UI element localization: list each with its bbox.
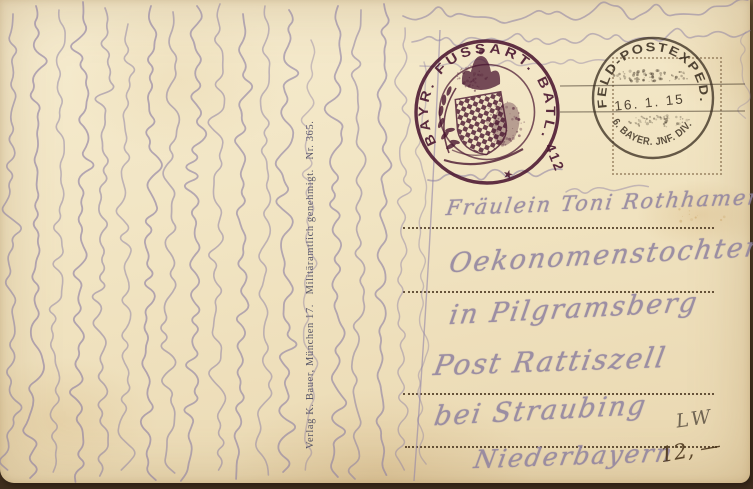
- ink-speckle: [680, 71, 682, 73]
- crown-icon: [462, 56, 500, 90]
- ink-speckle: [516, 117, 517, 118]
- handwriting-stroke: [412, 29, 750, 46]
- ink-speckle: [512, 128, 513, 129]
- ink-speckle: [636, 77, 639, 80]
- ink-speckle: [613, 74, 616, 77]
- ink-speckle: [504, 144, 506, 146]
- ink-speckle: [619, 77, 620, 78]
- handwriting-stroke: [0, 14, 22, 470]
- ink-speckle: [697, 215, 698, 216]
- handwriting-stroke: [375, 4, 391, 475]
- ink-speckle: [518, 112, 519, 113]
- ink-speckle: [644, 77, 645, 78]
- unit-stamp: BAYR. FUSSART. BATL. 412 ★: [416, 41, 568, 183]
- handwriting-stroke: [302, 40, 318, 470]
- ink-speckle: [516, 107, 517, 108]
- ink-speckle: [667, 117, 668, 118]
- ink-speckle: [518, 134, 521, 137]
- ink-speckle: [500, 116, 502, 118]
- ink-speckle: [519, 128, 522, 131]
- ink-speckle: [488, 134, 490, 136]
- ink-speckle: [463, 81, 466, 84]
- svg-text:6. BAYER. JNF. DIV.: 6. BAYER. JNF. DIV.: [610, 117, 695, 149]
- ink-speckle: [457, 72, 459, 74]
- ink-speckle: [490, 114, 492, 116]
- ink-speckle: [636, 80, 639, 83]
- ink-speckle: [634, 122, 635, 123]
- ink-speckle: [501, 144, 504, 147]
- handwriting-stroke: [403, 0, 748, 23]
- ink-speckle: [469, 77, 470, 78]
- ink-speckle: [643, 79, 645, 81]
- ink-speckle: [682, 77, 685, 80]
- ink-speckle: [490, 123, 493, 126]
- ink-speckle: [510, 113, 511, 114]
- ink-speckle: [505, 137, 508, 140]
- crown-finial: [479, 50, 484, 55]
- ink-speckle: [656, 115, 658, 117]
- ink-speckle: [520, 122, 521, 123]
- ink-speckle: [675, 76, 676, 77]
- unit-stamp-star-icon: ★: [501, 166, 515, 182]
- ink-speckle: [512, 107, 515, 110]
- ink-speckle: [644, 118, 646, 120]
- ink-speckle: [637, 123, 639, 125]
- ink-speckle: [462, 71, 465, 74]
- ink-speckle: [516, 131, 518, 133]
- ink-speckle: [682, 121, 684, 123]
- ink-speckle: [466, 79, 469, 82]
- ink-speckle: [688, 119, 689, 120]
- ink-speckle: [645, 122, 646, 123]
- ink-speckle: [649, 120, 652, 123]
- ink-speckle: [686, 119, 689, 122]
- ink-speckle: [468, 67, 469, 68]
- handwriting-stroke: [276, 10, 299, 472]
- ink-speckle: [649, 116, 651, 118]
- ink-speckle: [676, 122, 679, 125]
- ink-speckle: [501, 140, 503, 142]
- ink-speckle: [504, 133, 507, 136]
- ink-speckle: [518, 123, 519, 124]
- ink-speckle: [469, 84, 471, 86]
- ink-speckle: [508, 138, 511, 141]
- ink-speckle: [689, 214, 690, 215]
- ink-speckle: [690, 218, 693, 221]
- ink-speckle: [488, 108, 489, 109]
- ink-speckle: [477, 74, 479, 76]
- handwriting-stroke: [349, 10, 366, 479]
- ink-speckle: [488, 124, 489, 125]
- ink-speckle: [496, 130, 498, 132]
- ink-speckle: [669, 118, 670, 119]
- ink-speckle: [517, 118, 520, 121]
- ink-speckle: [465, 86, 467, 88]
- ink-speckle: [659, 72, 662, 75]
- ink-speckle: [475, 65, 476, 66]
- ink-speckle: [640, 116, 642, 118]
- ink-speckle: [492, 134, 493, 135]
- ink-speckle: [500, 103, 501, 104]
- ink-speckle: [477, 86, 478, 87]
- ink-speckle: [679, 220, 682, 223]
- handwriting-stroke: [738, 32, 750, 118]
- ink-speckle: [682, 118, 684, 120]
- handwriting-stroke: [116, 24, 134, 470]
- postmark-date: 16. 1. 15: [614, 91, 686, 113]
- scan-background: Verlag K. Bauer, München 17. Militäramtl…: [0, 0, 753, 489]
- ink-speckle: [683, 73, 685, 75]
- ink-speckle: [645, 120, 646, 121]
- ink-speckle: [498, 118, 500, 120]
- postcard: Verlag K. Bauer, München 17. Militäramtl…: [0, 0, 750, 483]
- ink-speckle: [695, 217, 697, 219]
- ink-speckle: [474, 78, 476, 80]
- ink-speckle: [479, 71, 480, 72]
- ink-speckle: [624, 73, 626, 75]
- ink-speckle: [507, 101, 508, 102]
- ink-speckle: [473, 72, 476, 75]
- ink-speckle: [461, 68, 463, 70]
- handwriting-stroke: [161, 12, 179, 473]
- ink-speckle: [653, 79, 656, 82]
- ink-speckle: [629, 77, 631, 79]
- ink-speckle: [468, 85, 471, 88]
- ink-speckle: [649, 76, 650, 77]
- ink-speckle: [686, 78, 688, 80]
- ink-speckle: [457, 78, 459, 80]
- ink-speckle: [646, 122, 649, 125]
- ink-speckle: [634, 72, 635, 73]
- ink-speckle: [472, 85, 474, 87]
- ink-speckle: [650, 72, 653, 75]
- ink-speckle: [658, 77, 661, 80]
- ink-speckle: [676, 125, 677, 126]
- ink-speckle: [474, 90, 476, 92]
- ink-speckle: [655, 119, 657, 121]
- ink-speckle: [651, 122, 652, 123]
- ink-speckle: [501, 105, 503, 107]
- ink-speckle: [504, 141, 505, 142]
- ink-speckle: [500, 107, 503, 110]
- ink-speckle: [657, 69, 660, 72]
- ink-speckle: [512, 137, 515, 140]
- ink-speckle: [678, 78, 679, 79]
- ink-speckle: [471, 70, 472, 71]
- ink-speckle: [629, 70, 632, 73]
- ink-speckle: [523, 121, 525, 123]
- ink-speckle: [665, 121, 667, 123]
- ink-speckle: [720, 219, 722, 221]
- ink-speckle: [629, 122, 631, 124]
- ink-speckle: [638, 119, 639, 120]
- handwriting-stroke: [181, 6, 206, 481]
- ink-speckle: [469, 81, 471, 83]
- ink-speckle: [680, 116, 682, 118]
- ink-speckle: [659, 116, 661, 118]
- ink-speckle: [680, 119, 681, 120]
- ink-speckle: [682, 216, 683, 217]
- ink-speckle: [640, 121, 642, 123]
- ink-speckle: [497, 111, 500, 114]
- ink-speckle: [665, 115, 666, 116]
- ink-speckle: [653, 118, 655, 120]
- ink-speckle: [457, 76, 458, 77]
- ink-speckle: [493, 102, 495, 104]
- ink-speckle: [512, 135, 514, 137]
- ink-speckle: [470, 65, 472, 67]
- ink-speckle: [671, 75, 672, 76]
- ink-speckle: [643, 72, 646, 75]
- ink-speckle: [503, 139, 504, 140]
- ink-speckle: [504, 122, 506, 124]
- ink-speckle: [623, 75, 625, 77]
- ink-speckle: [632, 74, 635, 77]
- ink-speckle: [472, 88, 473, 89]
- ink-speckle: [485, 78, 487, 80]
- ink-speckle: [465, 67, 468, 70]
- ink-speckle: [511, 118, 514, 121]
- ink-speckle: [494, 105, 496, 107]
- ink-speckle: [498, 121, 499, 122]
- handwriting-stroke: [395, 28, 411, 470]
- ink-speckle: [472, 79, 475, 82]
- handwriting-stroke: [141, 6, 162, 480]
- ink-speckle: [630, 80, 633, 83]
- handwriting-stroke: [256, 6, 272, 475]
- ink-speckle: [674, 78, 676, 80]
- ink-speckle: [666, 126, 668, 128]
- postmark-arc-bottom-text: 6. BAYER. JNF. DIV.: [610, 117, 695, 149]
- ink-speckle: [458, 77, 460, 79]
- ink-speckle: [649, 73, 650, 74]
- ink-speckle: [664, 125, 666, 127]
- ink-speckle: [723, 216, 726, 219]
- postmark-chord: [560, 84, 745, 86]
- ink-speckle: [505, 106, 508, 109]
- ink-speckle: [636, 71, 639, 74]
- ink-speckle: [629, 80, 630, 81]
- ink-speckle: [669, 80, 670, 81]
- ink-speckle: [460, 70, 461, 71]
- ink-speckle: [635, 117, 636, 118]
- ink-speckle: [675, 116, 678, 119]
- ink-speckle: [663, 118, 665, 120]
- ink-speckle: [618, 73, 621, 76]
- ink-speckle: [649, 81, 650, 82]
- ink-speckle: [478, 86, 480, 88]
- ink-speckle: [624, 78, 626, 80]
- handwriting-stroke: [50, 10, 66, 472]
- handwriting-stroke: [325, 6, 347, 477]
- ink-speckle: [642, 71, 644, 73]
- handwriting-stroke: [235, 14, 253, 479]
- ink-speckle: [680, 75, 683, 78]
- ink-speckle: [487, 122, 490, 125]
- handwriting-stroke: [70, 2, 94, 482]
- ink-speckle: [497, 122, 499, 124]
- ink-speckle: [474, 82, 476, 84]
- handwriting-stroke: [93, 8, 114, 476]
- postmark-chord: [560, 111, 745, 112]
- ink-speckle: [651, 75, 654, 78]
- ink-speckle: [646, 118, 648, 120]
- ink-speckle: [665, 72, 666, 73]
- ink-speckle: [506, 130, 508, 132]
- unit-stamp-number: 412: [542, 141, 568, 174]
- ink-speckle: [623, 71, 624, 72]
- handwriting-stroke: [208, 4, 225, 470]
- ink-speckle: [494, 141, 496, 143]
- postmark-stamp: FELD-POSTEXPED. 6. BAYER. JNF. DIV. 16. …: [560, 38, 745, 158]
- handwriting-stroke: [23, 6, 47, 478]
- ink-speckle: [620, 78, 622, 80]
